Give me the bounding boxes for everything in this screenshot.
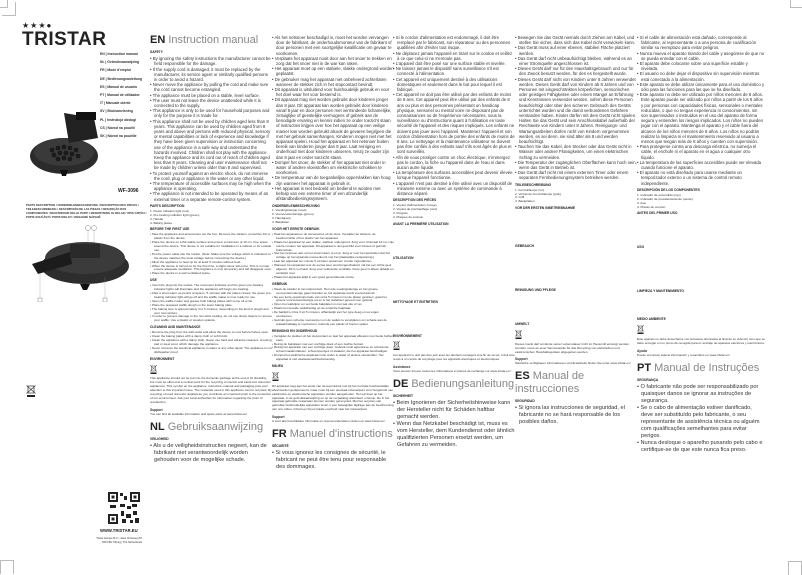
list-item: Dieses Gerät darf nicht von Kindern unte…: [515, 77, 637, 145]
address-line: 5015 BH Tilburg | The Netherlands: [96, 541, 142, 545]
list-item: Se o cabo de alimentação estiver danific…: [637, 405, 765, 440]
list-item: Ne déplacez jamais l'appareil en tirant …: [393, 51, 515, 61]
list-item: Dieses Gerät darf nur für den Haushaltsg…: [515, 66, 637, 76]
list-item: El aparato no está diseñado para usarse …: [637, 170, 765, 186]
crop-mark-top-right: [790, 0, 802, 8]
crop-mark-bottom-right: [788, 561, 802, 575]
language-item: PT | Manual de utilizador: [100, 91, 142, 99]
environment-text: Dieses Gerät darf am Ende seiner Lebensd…: [515, 343, 637, 355]
website-link[interactable]: WWW.TRISTAR.EU: [100, 528, 138, 533]
list-item: Wenn das Netzkabel beschädigt ist, muss …: [393, 421, 515, 449]
safety-heading: SEGURANÇA: [637, 378, 765, 383]
column-es: Si el cable de alimentación está dañado,…: [637, 35, 765, 454]
language-item: CS | Návod na použití: [100, 124, 142, 132]
list-item: Het apparaat is niet bedoeld om bediend …: [272, 186, 394, 202]
language-item: ES | Manual de usuario: [100, 83, 142, 91]
section-title-en: EN Instruction manual: [150, 34, 272, 47]
list-item: La température des surfaces accessibles …: [393, 170, 515, 180]
list-item: Nunca mueva el aparato tirando del cable…: [637, 51, 765, 61]
weee-bin-icon: [272, 372, 279, 381]
list-item: Das Gerät darf nicht unbeaufsichtigt ble…: [515, 56, 637, 66]
column-fr: Si le cordon d'alimentation est endommag…: [393, 35, 515, 449]
environment-heading: UMWELT: [515, 323, 637, 327]
environment-text: Este aparato no debe desecharse con la b…: [637, 338, 765, 346]
list-item: Este aparato no debe ser utilizado por n…: [637, 92, 765, 144]
section-title-de: DE Bedienungsanleitung: [393, 378, 515, 391]
safety-heading: SÉCURITÉ: [272, 444, 394, 449]
list-item: Place the device in a well ventilated sp…: [150, 272, 272, 276]
list-item: De gebruiker mag het apparaat niet onbeh…: [272, 77, 394, 87]
list-item: If the supply cord is damaged, it must b…: [150, 67, 272, 83]
language-item: PL | Instrukcja obsługi: [100, 116, 142, 124]
environment-heading: ENVIRONNEMENT: [393, 335, 515, 339]
list-item: Beim Ignorieren der Sicherheitshinweise …: [393, 400, 515, 421]
brand-name: TRISTAR: [22, 30, 106, 50]
list-item: Para protegerse contra una descarga eléc…: [637, 144, 765, 160]
weee-recycling-icon: [26, 385, 36, 397]
list-item: Het apparaat moet op een stabiele, vlakk…: [272, 66, 394, 76]
tristar-logo: ★★★● TRISTAR: [22, 22, 106, 50]
section-title-es: ES Manual de instrucciones: [515, 370, 637, 396]
environment-text: Cet appareil ne doit pas être jeté avec …: [393, 354, 515, 362]
weee-bin-icon: [393, 341, 400, 350]
use-heading: USO: [637, 246, 765, 250]
safety-list: By ignoring the safety instructions the …: [150, 56, 272, 202]
weee-bin-icon: [515, 330, 522, 339]
list-item: By ignoring the safety instructions the …: [150, 56, 272, 66]
language-index: EN | Instruction manual NL | Gebruiksaan…: [100, 50, 142, 140]
parts-diagram: [30, 222, 130, 302]
list-item: Never move the appliance by pulling the …: [150, 82, 272, 92]
list-item: This appliance shall not be used by chil…: [150, 119, 272, 171]
parts-description-caption: PARTS DESCRIPTION / ONDERDELENBESCHRIJVI…: [26, 203, 148, 219]
list-item: This appliance is only to be used for ho…: [150, 108, 272, 118]
weee-bin-icon: [637, 325, 644, 334]
list-item: Tauchen Sie das Kabel, den Stecker oder …: [515, 144, 637, 160]
first-use-heading: ANTES DEL PRIMER USO: [637, 212, 765, 216]
list-item: Cet appareil est uniquement destiné à de…: [393, 77, 515, 93]
use-heading: GEBRAUCH: [515, 245, 637, 249]
list-item: Die Temperatur der zugänglichen Oberfläc…: [515, 160, 637, 170]
language-item: SV | Bruksanvisning: [100, 107, 142, 115]
use-heading: UTILISATION: [393, 257, 515, 261]
environment-heading: ENVIRONMENT: [150, 358, 272, 362]
column-en: EN Instruction manual SAFETY By ignoring…: [150, 32, 272, 464]
list-item: The appliance is not intended to be oper…: [150, 191, 272, 201]
first-use-heading: AVANT LA PREMIÈRE UTILISATION: [393, 223, 515, 227]
first-use-heading: VOR DER ERSTEN INBETRIEBNAHME: [515, 207, 637, 211]
list-item: La temperatura de las superficies accesi…: [637, 160, 765, 170]
list-item: Als u de veiligheidsinstructies negeert,…: [150, 443, 272, 464]
parts-heading: TEILEBESCHREIBUNG: [515, 184, 637, 188]
safety-heading: VEILIGHEID: [150, 437, 272, 442]
part-item: 4. Placas de cocción: [637, 206, 765, 210]
model-number: WF-3096: [118, 188, 139, 194]
language-item: SK | Návod na použitie: [100, 132, 142, 140]
language-item: IT | Manuale utente: [100, 99, 142, 107]
column-nl: Als het netsnoer beschadigd is, moet het…: [272, 35, 394, 471]
cleaning-heading: LIMPIEZA Y MANTENIMIENTO: [637, 290, 765, 294]
list-item: Si ignora las instrucciones de seguridad…: [515, 405, 637, 426]
list-item: Nunca desloque o aparelho puxando pelo c…: [637, 440, 765, 454]
list-item: Als het netsnoer beschadigd is, moet het…: [272, 35, 394, 56]
part-item: 4. Plaques de cuisson: [393, 216, 515, 220]
cleaning-heading: REINIGUNG UND PFLEGE: [515, 289, 637, 293]
list-item: El aparato debe colocarse sobre una supe…: [637, 61, 765, 71]
waffle-maker-photo: [24, 108, 99, 178]
list-item: The temperature of accessible surfaces m…: [150, 181, 272, 191]
part-item: 4. Baking plates: [150, 222, 272, 226]
list-item: Ne laissez jamais le dispositif sans sur…: [393, 66, 515, 76]
list-item: Bewegen Sie das Gerät niemals durch Zieh…: [515, 35, 637, 45]
list-item: Das Gerät darf nicht mit einem externen …: [515, 170, 637, 180]
part-item: 4. Bakplaten: [272, 221, 394, 225]
section-title-pt: PT Manual de Instruções: [637, 362, 765, 375]
list-item: In order to prevent damage to the non-st…: [150, 315, 272, 323]
language-item: NL | Gebruiksaanwijzing: [100, 58, 142, 66]
list-item: Dit apparaat mag niet worden gebruikt do…: [272, 97, 394, 159]
list-item: Si le cordon d'alimentation est endommag…: [393, 35, 515, 51]
environment-heading: MILIEU: [272, 365, 394, 369]
cleaning-heading: NETTOYAGE ET ENTRETIEN: [393, 301, 515, 305]
support-text: Vous pouvez trouver toutes les informati…: [393, 369, 511, 373]
language-item: DE | Bedienungsanleitung: [100, 75, 142, 83]
language-item: FR | Mode d'emploi: [100, 66, 142, 74]
list-item: Afin de vous protéger contre un choc éle…: [393, 155, 515, 171]
language-item: EN | Instruction manual: [100, 50, 142, 58]
section-title-fr: FR Manuel d'instructions: [272, 428, 394, 441]
environment-text: This appliance should not be put into th…: [150, 377, 272, 404]
cover-panel: ★★★● TRISTAR EN | Instruction manual NL …: [0, 0, 150, 575]
section-title-nl: NL Gebruiksaanwijzing: [150, 421, 272, 434]
list-item: The user must not leave the device unatt…: [150, 98, 272, 108]
list-item: L'appareil n'est pas destiné à être util…: [393, 181, 515, 197]
list-item: To protect yourself against an electric …: [150, 171, 272, 181]
list-item: Das Gerät muss auf einer ebenen, stabile…: [515, 45, 637, 55]
support-text: You can find all available information a…: [150, 412, 247, 416]
list-item: Este aparato se debe utilizar únicamente…: [637, 82, 765, 92]
weee-bin-icon: [150, 365, 157, 374]
list-item: Cet appareil ne doit pas être utilisé pa…: [393, 92, 515, 154]
list-item: Dit apparaat is uitsluitend voor huishou…: [272, 87, 394, 97]
part-item: 4. Backplatten: [515, 200, 637, 204]
list-item: De temperatuur van de toegankelijke oppe…: [272, 175, 394, 185]
list-item: Gebruik geen scherpe voorwerpen om de wa…: [272, 319, 394, 327]
safety-heading: SEGURIDAD: [515, 399, 637, 404]
list-item: Si vous ignorez les consignes de sécurit…: [272, 450, 394, 471]
column-de: Bewegen Sie das Gerät niemals durch Zieh…: [515, 35, 637, 426]
support-text: Sämtliche verfügbaren Informationen und …: [515, 361, 631, 365]
environment-heading: MEDIO AMBIENTE: [637, 318, 765, 322]
list-item: Never immerse the electrical appliance i…: [150, 347, 272, 355]
support-text: Puede encontrar toda la información y re…: [637, 353, 730, 357]
list-item: Si el cable de alimentación está dañado,…: [637, 35, 765, 51]
environment-text: Dit apparaat mag aan het einde van de le…: [272, 385, 394, 412]
qr-code[interactable]: [108, 492, 140, 524]
safety-heading: SAFETY: [150, 50, 272, 55]
list-item: O fabricante não pode ser responsabiliza…: [637, 384, 765, 405]
list-item: Plaats het apparaat altijd in een goed g…: [272, 276, 394, 280]
support-text: U kunt alle beschikbare informatie en re…: [272, 419, 385, 423]
list-item: El usuario no debe dejar el dispositivo …: [637, 71, 765, 81]
list-item: Dompel het elektrische apparaat nooit on…: [272, 354, 394, 362]
list-item: Verplaats het apparaat nooit door aan he…: [272, 56, 394, 66]
company-address: Tristar Europe B.V. | Jules Verneweg 87 …: [96, 537, 142, 545]
safety-heading: SICHERHEIT: [393, 394, 515, 399]
list-item: Dompel het snoer, de stekker of het appa…: [272, 160, 394, 176]
